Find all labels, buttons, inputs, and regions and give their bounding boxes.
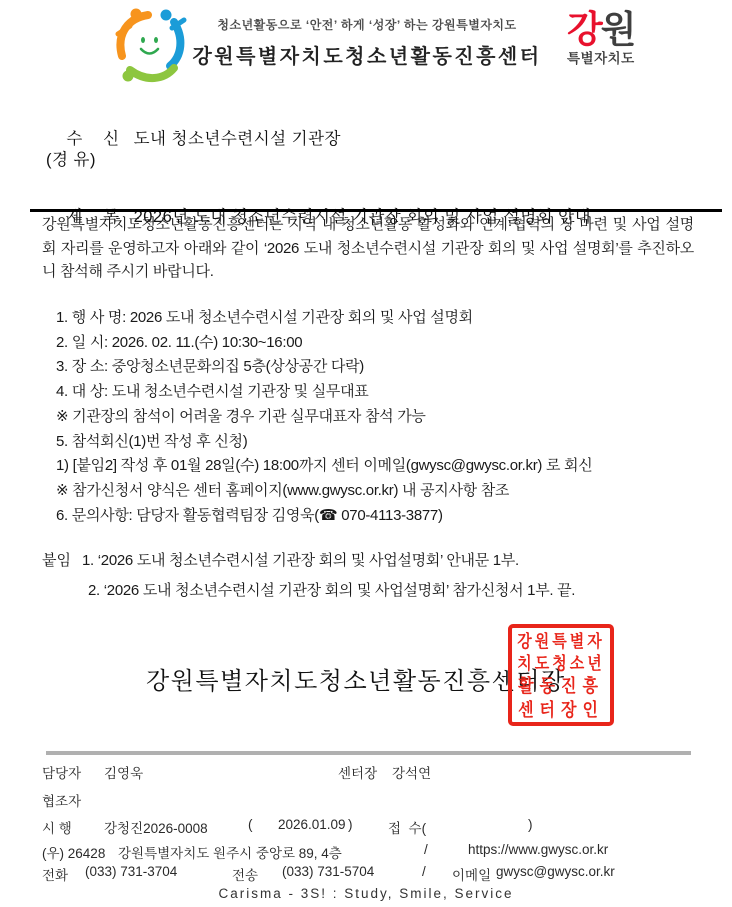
footer-motto: Carisma - 3S! : Study, Smile, Service [0, 886, 732, 901]
attachments-label: 붙임 [42, 549, 71, 570]
cooperator-label: 협조자 [42, 790, 81, 810]
seal-text-row: 센터장인 [518, 695, 604, 721]
director-name: 강석연 [392, 762, 431, 782]
gangwon-logo-subtext: 특별자치도 [567, 52, 635, 66]
official-document: 청소년활동으로 ‘안전’ 하게 ‘성장’ 하는 강원특별자치도 강원특별자치도청… [0, 0, 732, 907]
email-address: gwysc@gwysc.or.kr [496, 864, 615, 879]
via-line: (경 유) [46, 146, 96, 170]
fax-label: 전송 [232, 864, 258, 884]
zip-code: (우) 26428 [42, 842, 105, 862]
list-item: 6. 문의사항: 담당자 활동협력팀장 김영욱(☎ 070-4113-3877) [56, 504, 696, 529]
gangwon-logo-char1: 강 [567, 9, 601, 50]
tel-label: 전화 [42, 864, 68, 884]
paren-close: ) [348, 817, 353, 832]
gangwon-logo-text: 강원 [567, 11, 635, 48]
signature-title: 강원특별자치도청소년활동진흥센터장 [146, 661, 566, 696]
doc-number: 강청진2026-0008 [104, 817, 208, 837]
body-intro-paragraph: 강원특별자치도청소년활동진흥센터는 지역 내 청소년활동 활성화와 연계·협력의… [42, 213, 694, 284]
receipt-label: 접 수( [388, 817, 426, 837]
fax-number: (033) 731-5704 [282, 864, 374, 879]
gangwon-province-logo: 강원 특별자치도 [567, 11, 635, 66]
list-item: 2. 일 시: 2026. 02. 11.(수) 10:30~16:00 [56, 331, 696, 356]
manager-label: 담당자 [42, 762, 81, 782]
website-url: https://www.gwysc.or.kr [468, 842, 608, 857]
address: 강원특별자치도 원주시 중앙로 89, 4층 [118, 842, 342, 862]
official-seal: 강원특별자 치도청소년 활동진흥 센터장인 [508, 624, 614, 726]
enforce-label: 시 행 [42, 817, 72, 837]
manager-name: 김영욱 [104, 762, 143, 782]
attachment-item: 1. ‘2026 도내 청소년수련시설 기관장 회의 및 사업설명회’ 안내문 … [82, 549, 519, 570]
attachment-item: 2. ‘2026 도내 청소년수련시설 기관장 회의 및 사업설명회’ 참가신청… [88, 579, 575, 600]
list-item: 3. 장 소: 중앙청소년문화의집 5층(상상공간 다락) [56, 355, 696, 380]
header-divider-rule [30, 209, 722, 212]
list-item: 1. 행 사 명: 2026 도내 청소년수련시설 기관장 회의 및 사업 설명… [56, 306, 696, 331]
header-center: 청소년활동으로 ‘안전’ 하게 ‘성장’ 하는 강원특별자치도 강원특별자치도청… [166, 16, 568, 69]
director-label: 센터장 [338, 762, 377, 782]
tel-number: (033) 731-3704 [85, 864, 177, 879]
recipient-value: 도내 청소년수련시설 기관장 [134, 130, 341, 148]
list-item-sub: 1) [붙임2] 작성 후 01월 28일(수) 18:00까지 센터 이메일(… [56, 454, 696, 479]
list-item: 5. 참석회신(1)번 작성 후 신청) [56, 430, 696, 455]
paren-open: ( [248, 817, 253, 832]
email-label: 이메일 [452, 864, 491, 884]
org-title: 강원특별자치도청소년활동진흥센터 [166, 40, 568, 69]
list-item: 4. 대 상: 도내 청소년수련시설 기관장 및 실무대표 [56, 380, 696, 405]
header-slogan: 청소년활동으로 ‘안전’ 하게 ‘성장’ 하는 강원특별자치도 [166, 16, 568, 33]
receipt-close: ) [528, 817, 533, 832]
footer-divider-bar [46, 751, 691, 755]
list-item-note: ※ 참가신청서 양식은 센터 홈페이지(www.gwysc.or.kr) 내 공… [56, 479, 696, 504]
body-item-list: 1. 행 사 명: 2026 도내 청소년수련시설 기관장 회의 및 사업 설명… [56, 306, 696, 528]
list-item-note: ※ 기관장의 참석이 어려울 경우 기관 실무대표자 참석 가능 [56, 405, 696, 430]
seal-text-row: 강원특별자 [517, 629, 604, 653]
slash: / [424, 842, 428, 857]
seal-text-row: 활동진흥 [518, 672, 604, 698]
gangwon-logo-char2: 원 [601, 9, 635, 50]
slash: / [422, 864, 426, 879]
enforce-date: 2026.01.09 [278, 817, 346, 832]
